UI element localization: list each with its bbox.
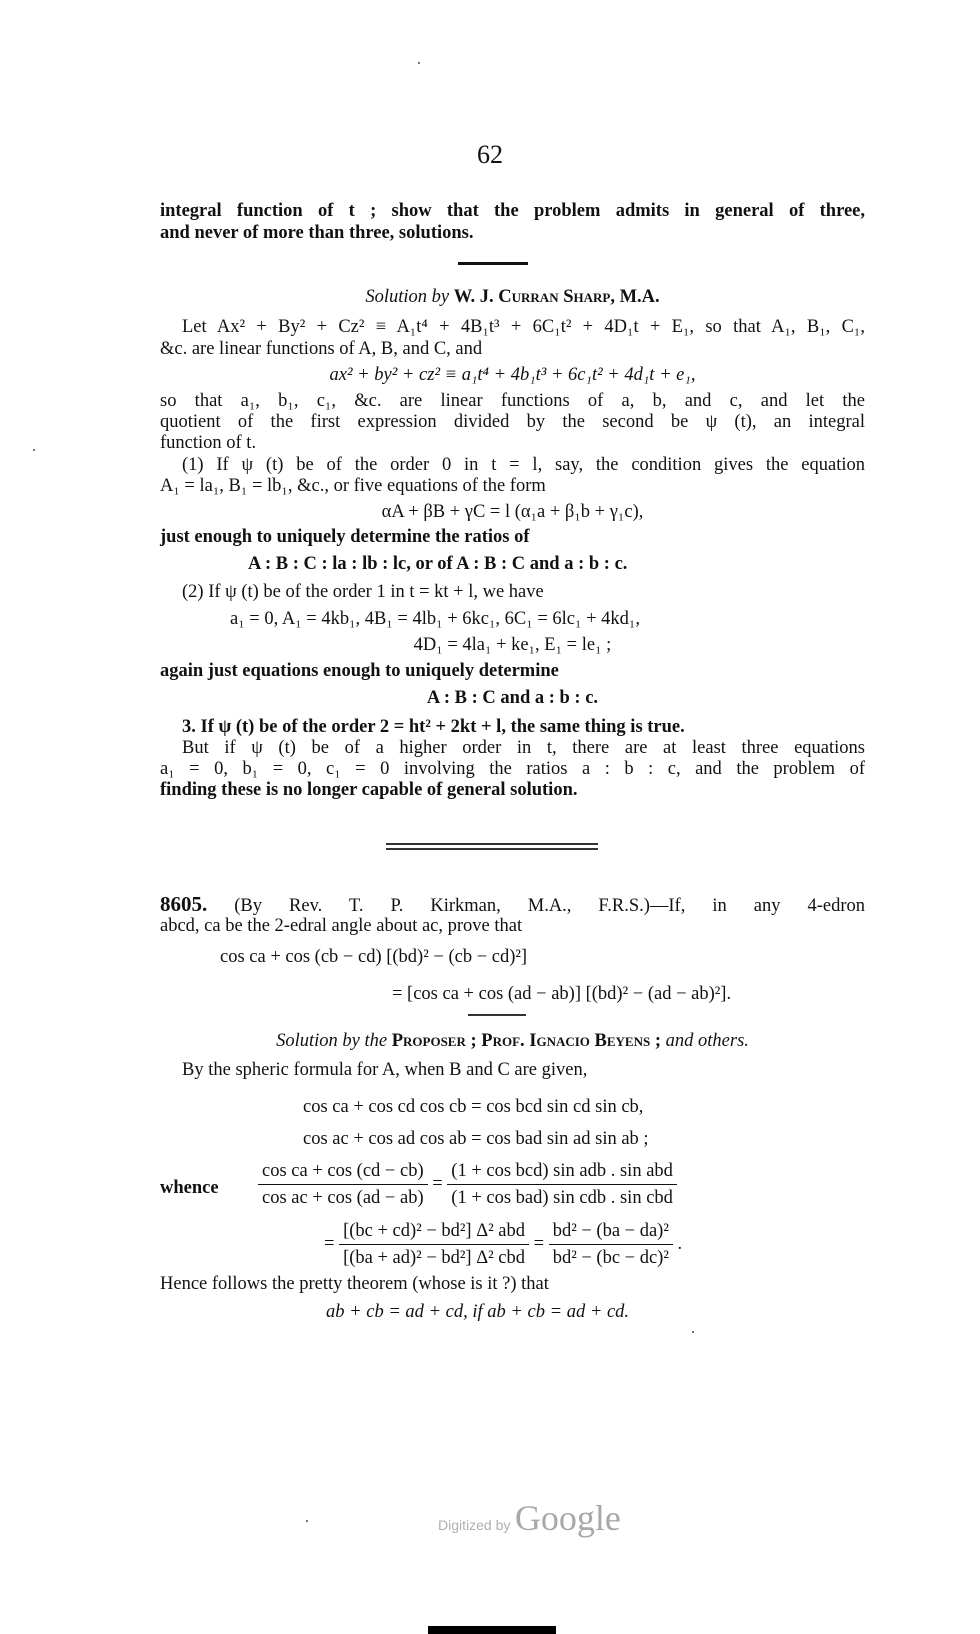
case-1-line-3: just enough to uniquely determine the ra… xyxy=(160,526,865,548)
scan-speck xyxy=(418,62,420,64)
scan-speck xyxy=(692,1331,694,1333)
solution-2-line-1: By the spheric formula for A, when B and… xyxy=(160,1059,865,1081)
problem-equation-1: cos ca + cos (cb − cd) [(bd)² − (cb − cd… xyxy=(220,946,527,968)
equals-sign: = xyxy=(324,1234,334,1254)
solution-2-heading-prefix: Solution by the xyxy=(276,1031,387,1051)
problem-number: 8605. xyxy=(160,892,207,916)
final-line-2: a₁ = 0, b₁ = 0, c₁ = 0 involving the rat… xyxy=(160,758,865,780)
fraction-2: (1 + cos bcd) sin adb . sin abd (1 + cos… xyxy=(447,1160,677,1209)
equation-order-1-b: 4D₁ = 4la₁ + ke₁, E₁ = le₁ ; xyxy=(160,634,865,656)
scan-speck xyxy=(33,449,35,451)
case-1-line-1: (1) If ψ (t) be of the order 0 in t = l,… xyxy=(160,454,865,476)
solution-author: W. J. Curran Sharp, M.A. xyxy=(454,287,660,307)
equals-sign: = xyxy=(432,1174,442,1194)
conclusion-line: Hence follows the pretty theorem (whose … xyxy=(160,1273,865,1295)
scan-edge-bar xyxy=(428,1626,556,1634)
solution-paragraph-2-line-2: quotient of the first expression divided… xyxy=(160,411,865,433)
page-number: 62 xyxy=(0,140,980,170)
double-divider-bottom xyxy=(386,848,598,850)
solution-paragraph-1-line-2: &c. are linear functions of A, B, and C,… xyxy=(160,338,865,360)
fraction-4: bd² − (ba − da)² bd² − (bc − dc)² xyxy=(549,1220,673,1269)
fraction-1: cos ca + cos (cd − cb) cos ac + cos (ad … xyxy=(258,1160,428,1209)
fraction-1-denominator: cos ac + cos (ad − ab) xyxy=(258,1185,428,1209)
solution-paragraph-1-line-1: Let Ax² + By² + Cz² ≡ A₁t⁴ + 4B₁t³ + 6C₁… xyxy=(160,316,865,338)
case-2-line-1: (2) If ψ (t) be of the order 1 in t = kt… xyxy=(160,581,865,603)
solution-heading-prefix: Solution by xyxy=(365,287,449,307)
fraction-4-denominator: bd² − (bc − dc)² xyxy=(549,1245,673,1269)
fraction-2-denominator: (1 + cos bad) sin cdb . sin cbd xyxy=(447,1185,677,1209)
fraction-2-numerator: (1 + cos bcd) sin adb . sin abd xyxy=(447,1160,677,1185)
equation-order-1-a: a₁ = 0, A₁ = 4kb₁, 4B₁ = 4lb₁ + 6kc₁, 6C… xyxy=(160,608,865,630)
solution-paragraph-2-line-1: so that a₁, b₁, c₁, &c. are linear funct… xyxy=(160,390,865,412)
watermark-prefix: Digitized by xyxy=(438,1517,510,1533)
fraction-3-numerator: [(bc + cd)² − bd²] Δ² abd xyxy=(339,1220,529,1245)
problem-statement-1: (By Rev. T. P. Kirkman, M.A., F.R.S.)—If… xyxy=(234,896,865,916)
google-logo-text: Google xyxy=(515,1498,621,1538)
equals-sign: = xyxy=(534,1234,544,1254)
intro-line-1: integral function of t ; show that the p… xyxy=(160,200,865,222)
fraction-3: [(bc + cd)² − bd²] Δ² abd [(ba + ad)² − … xyxy=(339,1220,529,1269)
fraction-equation-1: cos ca + cos (cd − cb) cos ac + cos (ad … xyxy=(258,1160,677,1209)
fraction-4-numerator: bd² − (ba − da)² xyxy=(549,1220,673,1245)
scan-speck xyxy=(306,1520,308,1522)
whence-label: whence xyxy=(160,1177,219,1199)
solution-heading: Solution by W. J. Curran Sharp, M.A. xyxy=(160,286,865,308)
final-line-3: finding these is no longer capable of ge… xyxy=(160,779,865,801)
double-divider-top xyxy=(386,843,598,845)
fraction-equation-2: = [(bc + cd)² − bd²] Δ² abd [(ba + ad)² … xyxy=(324,1220,682,1269)
case-2-line-2: again just equations enough to uniquely … xyxy=(160,660,865,682)
solution-divider xyxy=(468,1014,526,1016)
fraction-3-denominator: [(ba + ad)² − bd²] Δ² cbd xyxy=(339,1245,529,1269)
digitized-watermark: Digitized by Google xyxy=(438,1497,621,1539)
intro-line-2: and never of more than three, solutions. xyxy=(160,222,865,244)
equation-quartic-lower: ax² + by² + cz² ≡ a₁t⁴ + 4b₁t³ + 6c₁t² +… xyxy=(160,364,865,386)
problem-equation-2: = [cos ca + cos (ad − ab)] [(bd)² − (ad … xyxy=(392,983,731,1005)
equation-linear-form: αA + βB + γC = l (α₁a + β₁b + γ₁c), xyxy=(160,501,865,523)
theorem-equation: ab + cb = ad + cd, if ab + cb = ad + cd. xyxy=(326,1301,629,1323)
problem-line-1: 8605. (By Rev. T. P. Kirkman, M.A., F.R.… xyxy=(160,893,865,917)
case-1-line-2: A₁ = la₁, B₁ = lb₁, &c., or five equatio… xyxy=(160,475,865,497)
section-divider xyxy=(458,262,528,265)
equation-ratios-2: A : B : C and a : b : c. xyxy=(160,687,865,709)
spheric-equation-2: cos ac + cos ad cos ab = cos bad sin ad … xyxy=(303,1128,649,1150)
spheric-equation-1: cos ca + cos cd cos cb = cos bcd sin cd … xyxy=(303,1096,643,1118)
case-3-line-1: 3. If ψ (t) be of the order 2 = ht² + 2k… xyxy=(160,716,865,738)
solution-2-heading-suffix: and others. xyxy=(666,1031,749,1051)
problem-line-2: abcd, ca be the 2-edral angle about ac, … xyxy=(160,915,865,937)
solution-paragraph-2-line-3: function of t. xyxy=(160,432,865,454)
solution-2-heading: Solution by the Proposer ; Prof. Ignacio… xyxy=(160,1030,865,1052)
equation-ratios: A : B : C : la : lb : lc, or of A : B : … xyxy=(160,553,865,575)
fraction-1-numerator: cos ca + cos (cd − cb) xyxy=(258,1160,428,1185)
final-line-1: But if ψ (t) be of a higher order in t, … xyxy=(160,737,865,759)
solution-2-names: Proposer ; Prof. Ignacio Beyens ; xyxy=(392,1031,661,1051)
